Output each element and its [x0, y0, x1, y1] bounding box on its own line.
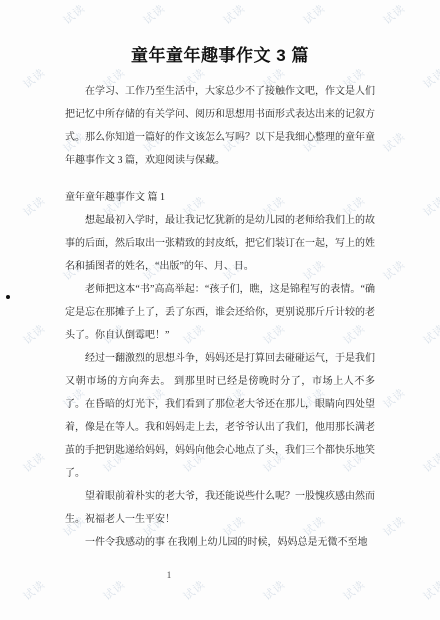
watermark-stamp: 试读 [380, 384, 409, 412]
watermark-stamp: 试读 [220, 0, 249, 28]
watermark-stamp: 试读 [420, 576, 440, 604]
document-content: 童年童年趣事作文 3 篇 在学习、工作乃至生活中，大家总少不了接触作文吧，作文是… [65, 44, 375, 554]
watermark-stamp: 试读 [340, 576, 369, 604]
watermark-stamp: 试读 [180, 576, 209, 604]
watermark-stamp: 试读 [380, 512, 409, 540]
watermark-stamp: 试读 [20, 64, 49, 92]
essay-paragraph: 一件令我感动的事 在我刚上幼儿园的时候，妈妈总是无微不至地 [65, 531, 375, 554]
watermark-stamp: 试读 [380, 128, 409, 156]
page-number: 1 [163, 570, 175, 580]
document-page: 试读试读试读试读试读试读试读试读试读试读试读试读试读试读试读试读试读试读试读试读… [0, 0, 440, 620]
watermark-stamp: 试读 [20, 320, 49, 348]
intro-paragraph: 在学习、工作乃至生活中，大家总少不了接触作文吧，作文是人们把记忆中所存储的有关学… [65, 80, 375, 172]
watermark-stamp: 试读 [420, 64, 440, 92]
watermark-stamp: 试读 [20, 448, 49, 476]
document-title: 童年童年趣事作文 3 篇 [65, 44, 375, 68]
watermark-stamp: 试读 [380, 256, 409, 284]
watermark-stamp: 试读 [100, 576, 129, 604]
essay-paragraph: 经过一翻激烈的思想斗争，妈妈还是打算回去碰碰运气，于是我们又朝市场的方向奔去。 … [65, 347, 375, 485]
watermark-stamp: 试读 [60, 0, 89, 28]
essay-paragraph: 老师把这本“书”高高举起：“孩子们，瞧，这是锦程写的表情。“确定是忘在那摊子上了… [65, 278, 375, 347]
essay-paragraph: 望着眼前着朴实的老大爷，我还能说些什么呢？一股愧疚感由然而生。祝福老人一生平安！ [65, 485, 375, 531]
margin-dot [6, 295, 10, 299]
watermark-stamp: 试读 [260, 576, 289, 604]
watermark-stamp: 试读 [420, 448, 440, 476]
section-heading: 童年童年趣事作文 篇 1 [65, 186, 375, 209]
watermark-stamp: 试读 [140, 0, 169, 28]
watermark-stamp: 试读 [380, 0, 409, 28]
watermark-stamp: 试读 [420, 192, 440, 220]
watermark-stamp: 试读 [300, 0, 329, 28]
essay-paragraph: 想起最初入学时，最让我记忆犹新的是幼儿园的老师给我们上的故事的后面，然后取出一张… [65, 209, 375, 278]
watermark-stamp: 试读 [20, 576, 49, 604]
watermark-stamp: 试读 [20, 192, 49, 220]
watermark-stamp: 试读 [420, 320, 440, 348]
